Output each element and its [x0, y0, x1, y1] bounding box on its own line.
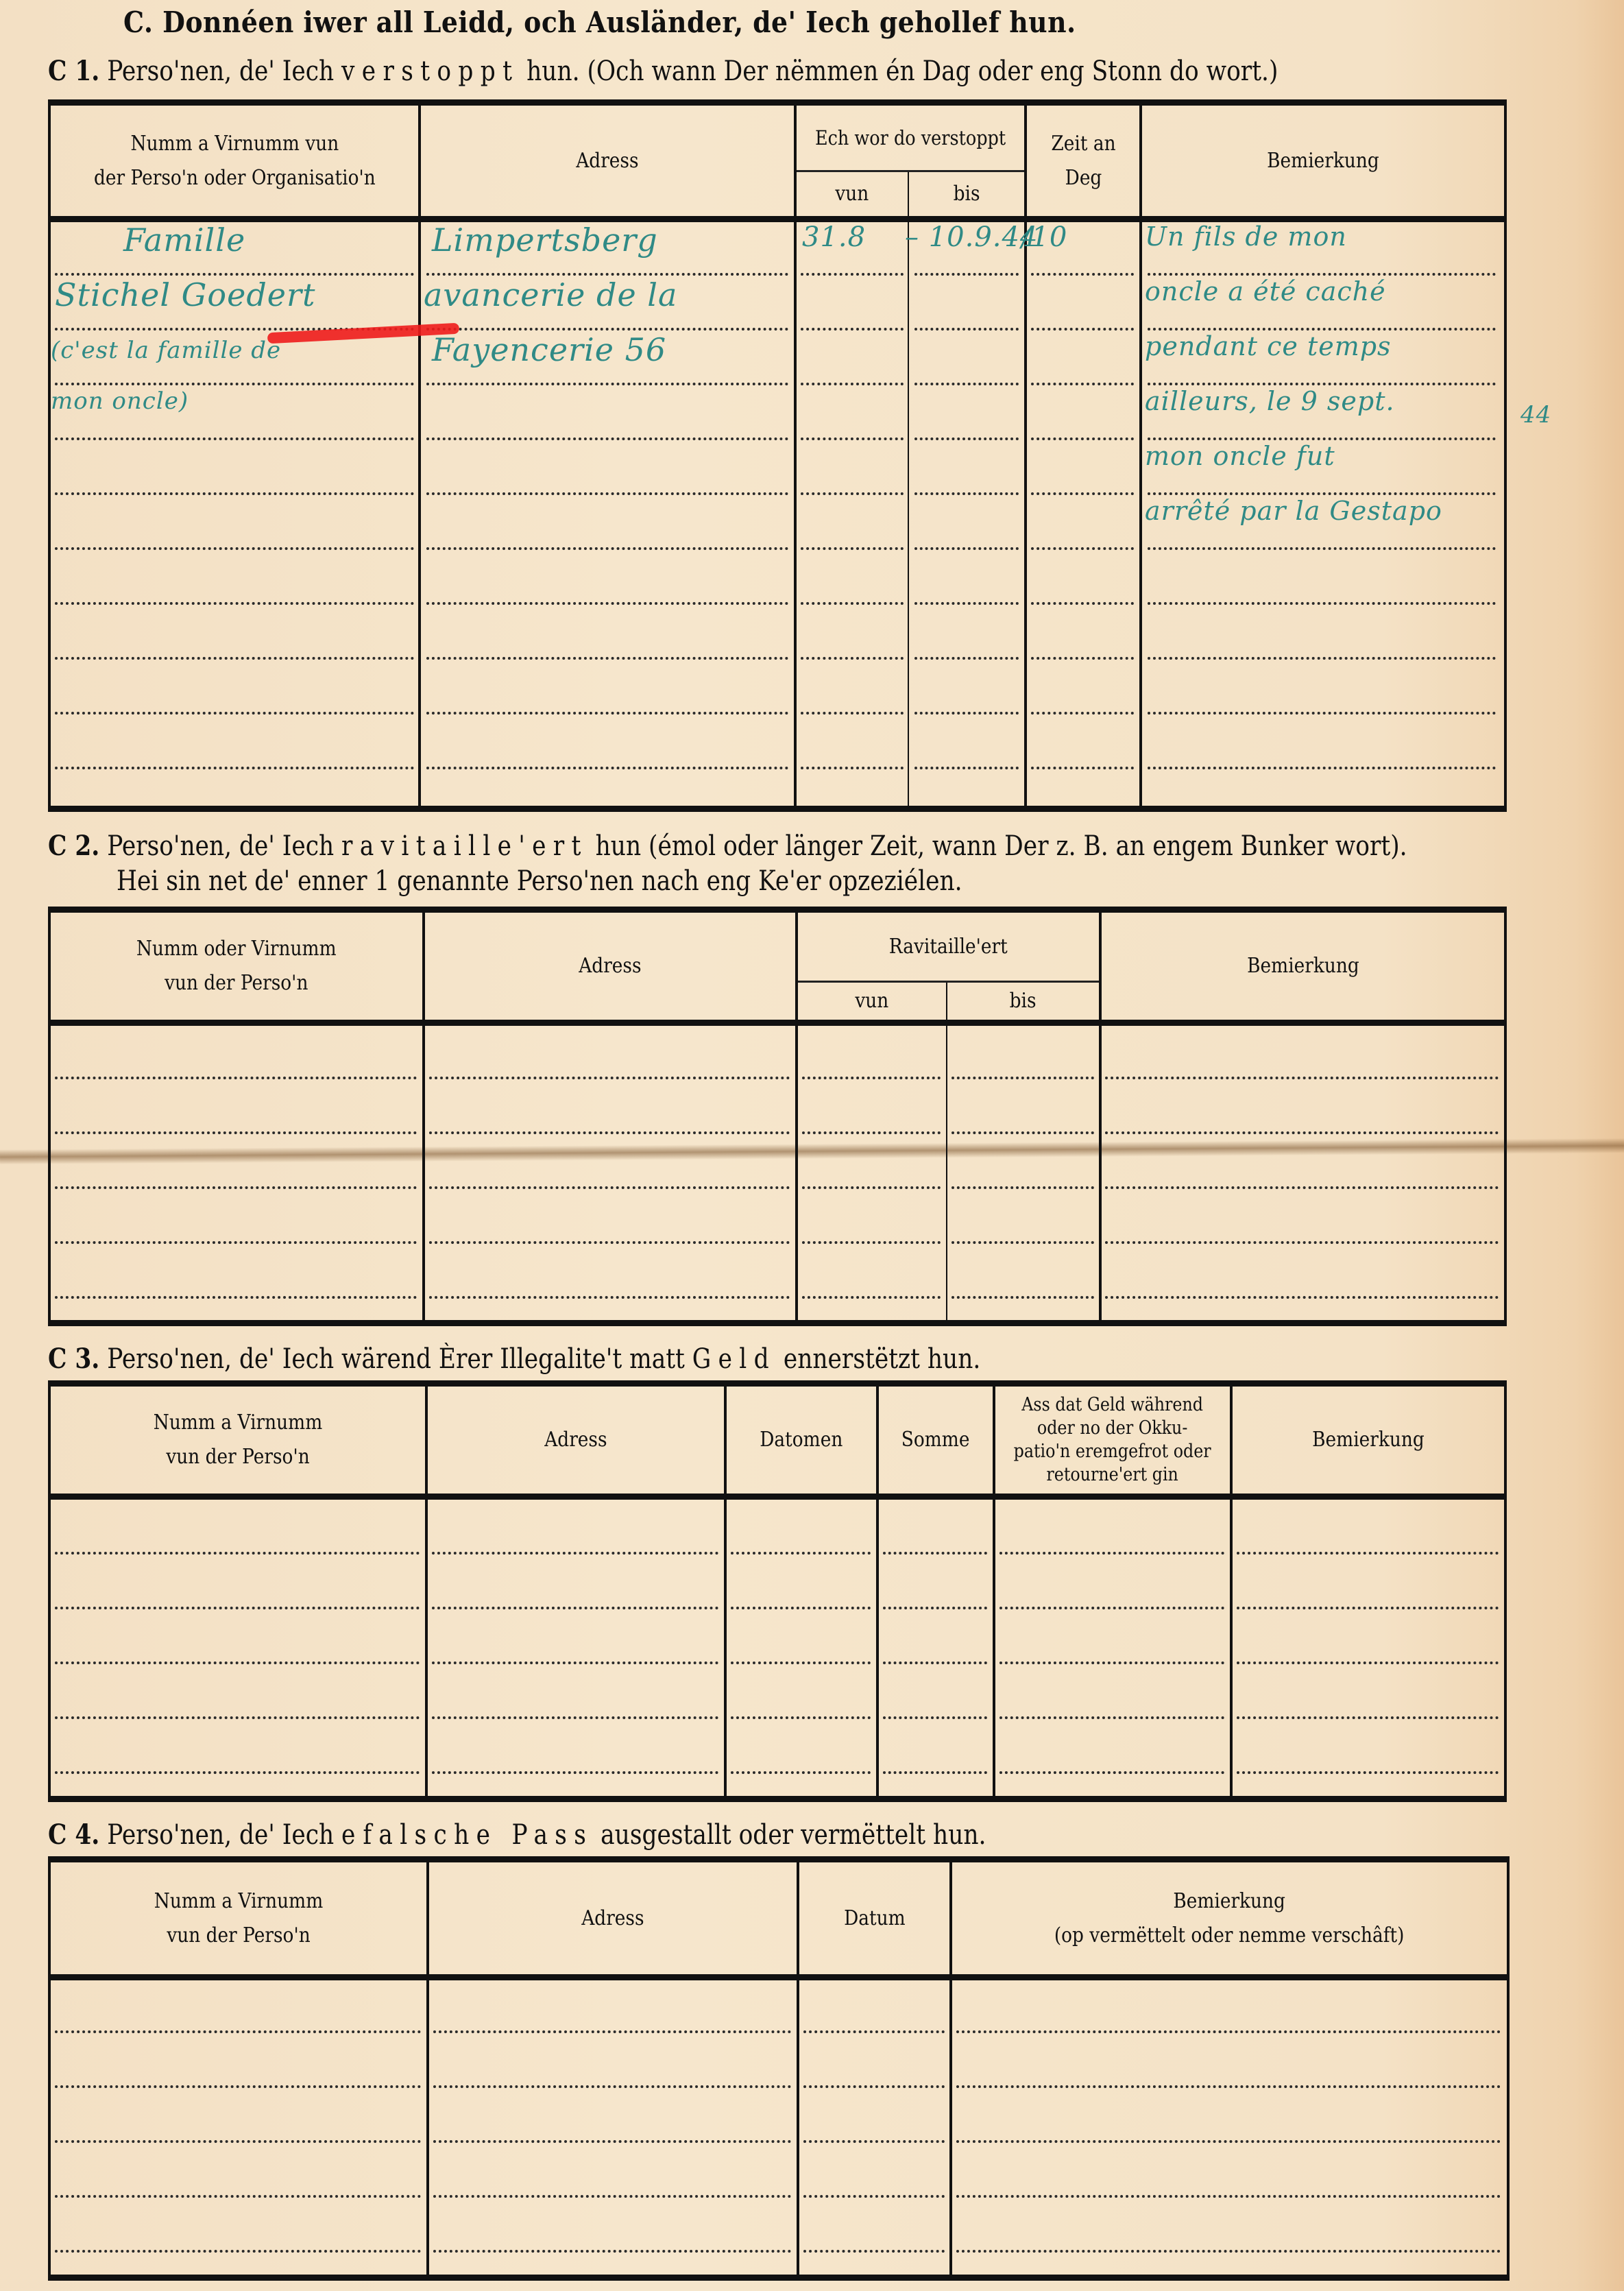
handwritten-name-line4[interactable]: mon oncle)	[51, 387, 189, 415]
dotted-row-line	[914, 602, 1019, 605]
dotted-row-line	[1237, 1552, 1499, 1555]
col-border-sub	[908, 171, 909, 806]
dotted-row-line	[55, 1077, 417, 1079]
dotted-row-line	[1105, 1296, 1499, 1299]
table-c2-supplied-persons: Numm oder Virnummvun der Perso'n Adress …	[48, 907, 1507, 1326]
dotted-row-line	[956, 2085, 1501, 2088]
dotted-row-line	[432, 1662, 718, 1664]
dotted-row-line	[956, 2250, 1501, 2253]
dotted-row-line	[1148, 712, 1496, 715]
dotted-row-line	[731, 1662, 871, 1664]
dotted-row-line	[55, 1716, 420, 1719]
dotted-row-line	[883, 1771, 987, 1774]
dotted-row-line	[999, 1607, 1224, 1609]
dotted-row-line	[55, 602, 414, 605]
heading-emphasis: verstoppt	[341, 56, 519, 87]
handwritten-remark-line4[interactable]: ailleurs, le 9 sept.	[1145, 386, 1395, 416]
red-underline-mark	[267, 323, 459, 344]
header-date: Datum	[799, 1862, 949, 1974]
dotted-row-line	[883, 1716, 987, 1719]
handwritten-remark-line2[interactable]: oncle a été caché	[1145, 276, 1386, 307]
table-c4-false-passports: Numm a Virnummvun der Perso'n Adress Dat…	[48, 1856, 1510, 2285]
dotted-row-line	[55, 2030, 421, 2033]
dotted-row-line	[801, 602, 904, 605]
dotted-row-line	[1148, 383, 1496, 385]
dotted-row-line	[432, 1552, 718, 1555]
handwritten-address-line2[interactable]: avancerie de la	[424, 276, 677, 313]
dotted-row-line	[999, 1716, 1224, 1719]
dotted-row-line	[1031, 437, 1134, 440]
dotted-row-line	[1237, 1716, 1499, 1719]
header-hidden-period: Ech wor do verstoppt	[797, 106, 1024, 170]
handwritten-address-line3[interactable]: Fayencerie 56	[432, 331, 666, 368]
handwritten-name-line3[interactable]: (c'est la famille de	[51, 337, 281, 364]
dotted-row-line	[952, 1131, 1094, 1134]
header-name: Numm a Virnummvun der Perso'n	[51, 1387, 425, 1494]
dotted-row-line	[999, 1552, 1224, 1555]
dotted-row-line	[914, 492, 1019, 495]
dotted-row-line	[801, 657, 904, 660]
header-name: Numm a Virnummvun der Perso'n	[51, 1862, 426, 1974]
handwritten-address-line1[interactable]: Limpertsberg	[432, 221, 658, 259]
dotted-row-line	[432, 1716, 718, 1719]
dotted-row-line	[802, 1296, 941, 1299]
dotted-row-line	[1105, 1186, 1499, 1189]
handwritten-margin-note: 44	[1520, 401, 1551, 429]
dotted-row-line	[426, 492, 788, 495]
dotted-row-line	[433, 2085, 791, 2088]
dotted-row-line	[426, 273, 788, 276]
dotted-row-line	[55, 383, 414, 385]
dotted-row-line	[1237, 1771, 1499, 1774]
dotted-row-line	[433, 2140, 791, 2143]
handwritten-remark-line6[interactable]: arrêté par la Gestapo	[1145, 496, 1442, 526]
header-remark: Bemierkung(op vermëttelt oder nemme vers…	[952, 1862, 1507, 1974]
dotted-row-line	[55, 767, 414, 769]
dotted-row-line	[55, 1552, 420, 1555]
dotted-row-line	[956, 2140, 1501, 2143]
section-number: C 2.	[48, 830, 99, 862]
dotted-row-line	[429, 1296, 790, 1299]
dotted-row-line	[55, 492, 414, 495]
dotted-row-line	[55, 2250, 421, 2253]
header-supplied: Ravitaille'ert	[798, 913, 1099, 981]
section-c1-heading: C 1. Perso'nen, de' Iech verstoppt hun. …	[48, 55, 1278, 87]
dotted-row-line	[1105, 1241, 1499, 1244]
dotted-row-line	[1031, 602, 1134, 605]
section-number: C 4.	[48, 1819, 99, 1851]
dotted-row-line	[426, 657, 788, 660]
handwritten-name-line2[interactable]: Stichel Goedert	[55, 276, 315, 313]
dotted-row-line	[55, 1241, 417, 1244]
dotted-row-line	[1105, 1077, 1499, 1079]
handwritten-remark-line5[interactable]: mon oncle fut	[1145, 441, 1335, 471]
dotted-row-line	[55, 273, 414, 276]
dotted-row-line	[55, 1186, 417, 1189]
header-address: Adress	[429, 1862, 797, 1974]
dotted-row-line	[801, 712, 904, 715]
dotted-row-line	[801, 492, 904, 495]
dotted-row-line	[914, 328, 1019, 331]
table-top-rule	[48, 99, 1507, 106]
heading-emphasis: ravitaille'ert	[341, 830, 588, 862]
dotted-row-line	[801, 547, 904, 550]
dotted-row-line	[1237, 1662, 1499, 1664]
table-c1-hidden-persons: Numm a Virnumm vunder Perso'n oder Organ…	[48, 99, 1507, 813]
section-c2-subheading: Hei sin net de' enner 1 genannte Perso'n…	[117, 865, 962, 897]
dotted-row-line	[802, 1186, 941, 1189]
dotted-row-line	[802, 1241, 941, 1244]
table-bottom-rule	[48, 806, 1507, 812]
heading-text: Perso'nen, de' Iech e	[107, 1819, 363, 1851]
dotted-row-line	[1031, 712, 1134, 715]
dotted-row-line	[429, 1077, 790, 1079]
dotted-row-line	[914, 437, 1019, 440]
dotted-row-line	[55, 2140, 421, 2143]
dotted-row-line	[803, 2085, 945, 2088]
header-bottom-rule	[48, 1974, 1510, 1980]
dotted-row-line	[803, 2140, 945, 2143]
dotted-row-line	[426, 712, 788, 715]
dotted-row-line	[914, 547, 1019, 550]
dotted-row-line	[55, 437, 414, 440]
header-bottom-rule	[48, 1494, 1507, 1500]
header-from: vun	[797, 172, 908, 216]
dotted-row-line	[55, 1607, 420, 1609]
dotted-row-line	[883, 1607, 987, 1609]
table-c3-money-support: Numm a Virnummvun der Perso'n Adress Dat…	[48, 1380, 1507, 1802]
header-dates: Datomen	[727, 1387, 876, 1494]
header-sum: Somme	[879, 1387, 993, 1494]
header-address: Adress	[421, 106, 794, 216]
dotted-row-line	[429, 1241, 790, 1244]
dotted-row-line	[802, 1131, 941, 1134]
dotted-row-line	[1031, 767, 1134, 769]
header-name: Numm a Virnumm vunder Perso'n oder Organ…	[51, 106, 418, 216]
section-number: C 3.	[48, 1343, 99, 1375]
section-c2-heading: C 2. Perso'nen, de' Iech ravitaille'ert …	[48, 830, 1407, 862]
col-border	[1504, 1387, 1507, 1796]
header-bottom-rule	[48, 1020, 1507, 1026]
dotted-row-line	[55, 547, 414, 550]
heading-emphasis: falsche Pass	[363, 1819, 593, 1851]
dotted-row-line	[426, 602, 788, 605]
dotted-row-line	[426, 767, 788, 769]
col-border-sub	[946, 982, 947, 1320]
dotted-row-line	[55, 712, 414, 715]
dotted-row-line	[952, 1077, 1094, 1079]
dotted-row-line	[1148, 767, 1496, 769]
dotted-row-line	[914, 657, 1019, 660]
header-to: bis	[909, 172, 1024, 216]
dotted-row-line	[801, 437, 904, 440]
dotted-row-line	[801, 328, 904, 331]
dotted-row-line	[956, 2195, 1501, 2198]
section-number: C 1.	[48, 55, 99, 87]
dotted-row-line	[1105, 1131, 1499, 1134]
heading-text-end: hun (émol oder länger Zeit, wann Der z. …	[588, 830, 1407, 862]
header-remark: Bemierkung	[1233, 1387, 1504, 1494]
dotted-row-line	[433, 2195, 791, 2198]
dotted-row-line	[426, 383, 788, 385]
dotted-row-line	[731, 1552, 871, 1555]
dotted-row-line	[914, 273, 1019, 276]
dotted-row-line	[55, 2195, 421, 2198]
dotted-row-line	[803, 2250, 945, 2253]
dotted-row-line	[731, 1607, 871, 1609]
handwritten-remark-line3[interactable]: pendant ce temps	[1145, 331, 1392, 361]
dotted-row-line	[1148, 547, 1496, 550]
dotted-row-line	[55, 1131, 417, 1134]
col-border	[1504, 913, 1507, 1320]
dotted-row-line	[803, 2030, 945, 2033]
table-top-rule	[48, 1856, 1510, 1862]
dotted-row-line	[999, 1771, 1224, 1774]
table-bottom-rule	[48, 1320, 1507, 1326]
table-top-rule	[48, 1380, 1507, 1387]
dotted-row-line	[55, 1662, 420, 1664]
heading-text-end: ennerstëtzt hun.	[776, 1343, 980, 1375]
dotted-row-line	[1148, 492, 1496, 495]
dotted-row-line	[1148, 602, 1496, 605]
dotted-row-line	[55, 1296, 417, 1299]
dotted-row-line	[956, 2030, 1501, 2033]
header-address: Adress	[428, 1387, 724, 1494]
dotted-row-line	[432, 1771, 718, 1774]
section-c4-heading: C 4. Perso'nen, de' Iech e falsche Pass …	[48, 1819, 986, 1851]
dotted-row-line	[55, 657, 414, 660]
dotted-row-line	[433, 2030, 791, 2033]
dotted-row-line	[432, 1607, 718, 1609]
header-remark: Bemierkung	[1142, 106, 1504, 216]
dotted-row-line	[914, 383, 1019, 385]
dotted-row-line	[883, 1662, 987, 1664]
table-bottom-rule	[48, 1796, 1507, 1802]
dotted-row-line	[1237, 1607, 1499, 1609]
dotted-row-line	[801, 767, 904, 769]
heading-text-end: hun. (Och wann Der nëmmen én Dag oder en…	[519, 56, 1278, 87]
dotted-row-line	[952, 1241, 1094, 1244]
table-top-rule	[48, 907, 1507, 913]
dotted-row-line	[1031, 657, 1134, 660]
header-to: bis	[947, 983, 1099, 1020]
heading-text: Perso'nen, de' Iech	[107, 830, 341, 862]
dotted-row-line	[426, 437, 788, 440]
dotted-row-line	[429, 1131, 790, 1134]
col-border	[1504, 106, 1507, 806]
heading-text-end: ausgestallt oder vermëttelt hun.	[593, 1819, 986, 1851]
dotted-row-line	[1031, 383, 1134, 385]
section-c3-heading: C 3. Perso'nen, de' Iech wärend Èrer Ill…	[48, 1343, 980, 1375]
dotted-row-line	[803, 2195, 945, 2198]
header-address: Adress	[425, 913, 795, 1020]
dotted-row-line	[1148, 437, 1496, 440]
dotted-row-line	[1148, 328, 1496, 331]
header-from: vun	[798, 983, 946, 1020]
heading-text: Perso'nen, de' Iech	[107, 56, 341, 87]
header-remark: Bemierkung	[1102, 913, 1504, 1020]
dotted-row-line	[1031, 492, 1134, 495]
dotted-row-line	[426, 328, 788, 331]
dotted-row-line	[426, 547, 788, 550]
dotted-row-line	[952, 1186, 1094, 1189]
col-border	[1507, 1862, 1510, 2275]
dotted-row-line	[55, 2085, 421, 2088]
page-title: C. Donnéen iwer all Leidd, och Ausländer…	[123, 5, 1076, 39]
header-days: Zeit anDeg	[1027, 106, 1139, 216]
dotted-row-line	[1031, 328, 1134, 331]
handwritten-from-date[interactable]: 31.8	[802, 221, 866, 253]
dotted-row-line	[801, 383, 904, 385]
dotted-row-line	[802, 1077, 941, 1079]
dotted-row-line	[999, 1662, 1224, 1664]
header-money-returned: Ass dat Geld währendoder no der Okku-pat…	[995, 1387, 1230, 1494]
dotted-row-line	[433, 2250, 791, 2253]
handwritten-days[interactable]: /10	[1021, 221, 1067, 253]
dotted-row-line	[914, 767, 1019, 769]
dotted-row-line	[801, 273, 904, 276]
dotted-row-line	[731, 1771, 871, 1774]
handwritten-name-line1[interactable]: Famille	[123, 221, 245, 259]
dotted-row-line	[1148, 273, 1496, 276]
dotted-row-line	[55, 1771, 420, 1774]
header-name: Numm oder Virnummvun der Perso'n	[51, 913, 422, 1020]
table-bottom-rule	[48, 2275, 1510, 2281]
dotted-row-line	[1031, 273, 1134, 276]
dotted-row-line	[952, 1296, 1094, 1299]
dotted-row-line	[429, 1186, 790, 1189]
dotted-row-line	[914, 712, 1019, 715]
heading-emphasis: Geld	[692, 1343, 776, 1375]
heading-text: Perso'nen, de' Iech wärend Èrer Illegali…	[107, 1343, 692, 1375]
handwritten-remark-line1[interactable]: Un fils de mon	[1145, 221, 1347, 252]
dotted-row-line	[883, 1552, 987, 1555]
dotted-row-line	[731, 1716, 871, 1719]
dotted-row-line	[1031, 547, 1134, 550]
handwritten-to-date[interactable]: – 10.9.44	[905, 221, 1038, 253]
dotted-row-line	[1148, 657, 1496, 660]
